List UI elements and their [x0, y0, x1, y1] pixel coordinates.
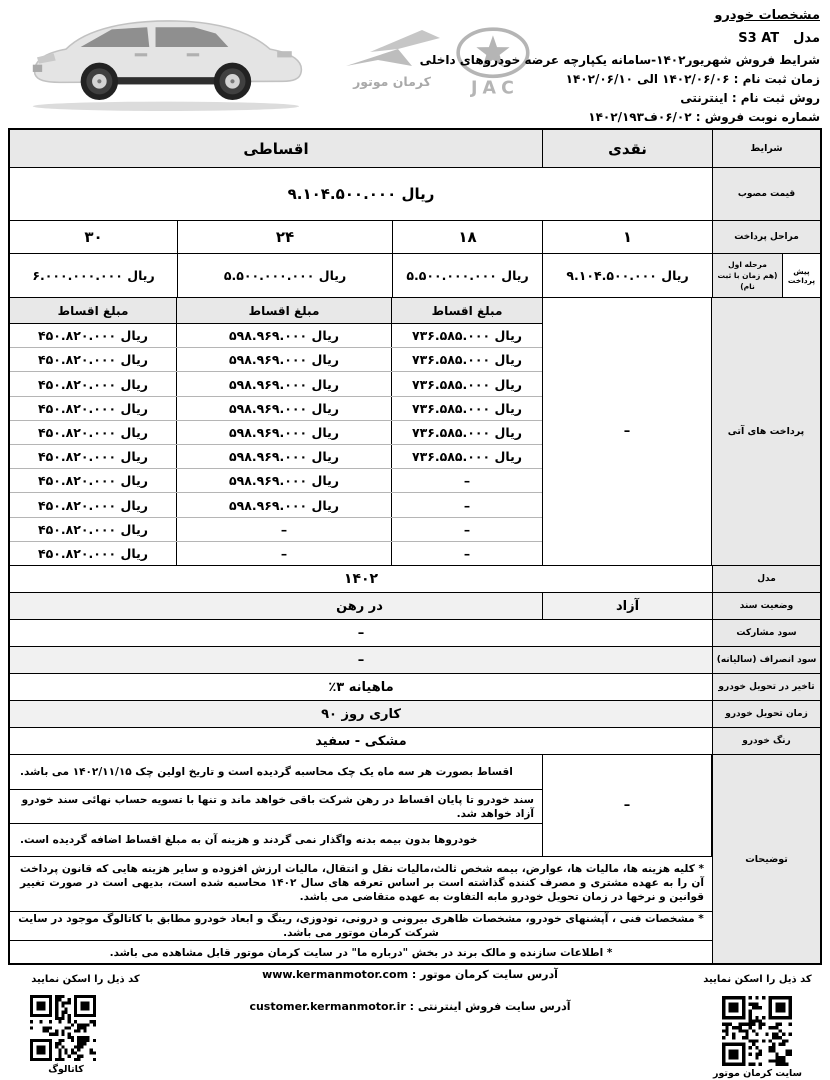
- delivery-delay-row: ٪۳ ماهیانه تاخیر در تحویل خودرو: [10, 673, 820, 700]
- down-payment-18: ۵.۵۰۰.۰۰۰.۰۰۰ ریال: [392, 254, 542, 297]
- stage-count-24: ۲۴: [177, 221, 392, 253]
- note-installment-checks: اقساط بصورت هر سه ماه یک چک محاسبه گردید…: [10, 755, 542, 789]
- document-status-empty: [10, 593, 177, 619]
- cancellation-profit-row: – سود انصراف (سالیانه): [10, 646, 820, 673]
- registration-method-line: روش ثبت نام : اینترنتی: [350, 89, 820, 108]
- future-payment-cell: ۴۵۰.۸۲۰.۰۰۰ ریال: [10, 397, 177, 420]
- note-document-mortgage: سند خودرو تا پایان اقساط در رهن شرکت باق…: [10, 789, 542, 823]
- future-payment-cell: –: [392, 518, 542, 541]
- future-payment-cell: ۴۵۰.۸۲۰.۰۰۰ ریال: [10, 445, 177, 468]
- future-payment-row: ۴۵۰.۸۲۰.۰۰۰ ریال۵۹۸.۹۶۹.۰۰۰ ریال۷۳۶.۵۸۵.…: [10, 396, 542, 420]
- delivery-delay-value: ٪۳ ماهیانه: [10, 674, 712, 700]
- online-sales-address-line: آدرس سایت فروش اینترنتی : customer.kerma…: [195, 1000, 625, 1013]
- future-payment-cell: ۴۵۰.۸۲۰.۰۰۰ ریال: [10, 372, 177, 395]
- installment-amount-header-30: مبلغ اقساط: [10, 298, 177, 323]
- future-payment-cell: –: [392, 469, 542, 492]
- participation-profit-row: – سود مشارکت: [10, 619, 820, 646]
- stage-count-18: ۱۸: [392, 221, 542, 253]
- stage-count-30: ۳۰: [10, 221, 177, 253]
- future-rows: ۴۵۰.۸۲۰.۰۰۰ ریال۵۹۸.۹۶۹.۰۰۰ ریال۷۳۶.۵۸۵.…: [10, 324, 542, 565]
- future-payment-row: ۴۵۰.۸۲۰.۰۰۰ ریال۵۹۸.۹۶۹.۰۰۰ ریال–: [10, 492, 542, 516]
- note-manufacturer-info: * اطلاعات سازنده و مالک برند در بخش "درب…: [10, 940, 712, 964]
- model-label: مدل: [793, 31, 820, 46]
- page-title: مشخصات خودرو: [350, 6, 820, 25]
- cancellation-profit-value: –: [10, 647, 712, 673]
- future-payment-row: ۴۵۰.۸۲۰.۰۰۰ ریال۵۹۸.۹۶۹.۰۰۰ ریال–: [10, 468, 542, 492]
- delivery-time-value: ۹۰ روز‎ کاری: [10, 701, 712, 727]
- future-payment-cell: ۵۹۸.۹۶۹.۰۰۰ ریال: [177, 372, 392, 395]
- installment-amount-header-18: مبلغ اقساط: [392, 298, 542, 323]
- down-payment-30: ۶.۰۰۰.۰۰۰.۰۰۰ ریال: [10, 254, 177, 297]
- participation-profit-value: –: [10, 620, 712, 646]
- future-payment-cell: ۴۵۰.۸۲۰.۰۰۰ ریال: [10, 493, 177, 516]
- down-payment-24: ۵.۵۰۰.۰۰۰.۰۰۰ ریال: [177, 254, 392, 297]
- future-payment-cell: ۵۹۸.۹۶۹.۰۰۰ ریال: [177, 445, 392, 468]
- future-payment-cell: ۷۳۶.۵۸۵.۰۰۰ ریال: [392, 372, 542, 395]
- price-sheet-page: { "brand": { "kerman_label": "کرمان موتو…: [0, 0, 830, 1080]
- future-payment-row: ۴۵۰.۸۲۰.۰۰۰ ریال––: [10, 541, 542, 565]
- down-payment-row: ۶.۰۰۰.۰۰۰.۰۰۰ ریال ۵.۵۰۰.۰۰۰.۰۰۰ ریال ۵.…: [10, 253, 820, 297]
- future-payment-cell: ۴۵۰.۸۲۰.۰۰۰ ریال: [10, 518, 177, 541]
- cancellation-profit-label: سود انصراف (سالیانه): [712, 647, 820, 673]
- future-payment-cell: –: [177, 542, 392, 565]
- future-payment-row: ۴۵۰.۸۲۰.۰۰۰ ریال۵۹۸.۹۶۹.۰۰۰ ریال۷۳۶.۵۸۵.…: [10, 444, 542, 468]
- installment-amount-header-row: مبلغ اقساط مبلغ اقساط مبلغ اقساط: [10, 298, 542, 324]
- future-payment-cell: ۵۹۸.۹۶۹.۰۰۰ ریال: [177, 493, 392, 516]
- delivery-time-label: زمان تحویل خودرو: [712, 701, 820, 727]
- model-value: S3 AT: [738, 29, 779, 48]
- car-taillight: [277, 51, 292, 57]
- cash-column-header: نقدی: [542, 130, 712, 167]
- document-header: مشخصات خودرو مدلS3 AT شرایط فروش شهریور۱…: [350, 6, 820, 127]
- price-table: اقساطی نقدی شرایط ۹.۱۰۴.۵۰۰.۰۰۰ ریال قیم…: [8, 128, 822, 965]
- down-payment-label: پیش پرداخت: [782, 254, 820, 297]
- note-body-insurance: خودروها بدون بیمه بدنه واگذار نمی گردند …: [10, 823, 542, 856]
- future-payment-cell: ۷۳۶.۵۸۵.۰۰۰ ریال: [392, 397, 542, 420]
- stage-count-cash: ۱: [542, 221, 712, 253]
- qr-left-caption: کاتالوگ: [18, 1064, 114, 1075]
- document-status-cash: آزاد: [542, 593, 712, 619]
- qr-right-caption: سایت کرمان موتور: [690, 1068, 825, 1079]
- notes-region: اقساط بصورت هر سه ماه یک چک محاسبه گردید…: [10, 754, 820, 963]
- qr-code-catalog: [30, 994, 96, 1062]
- future-payment-cell: ۴۵۰.۸۲۰.۰۰۰ ریال: [10, 542, 177, 565]
- future-payment-cell: ۴۵۰.۸۲۰.۰۰۰ ریال: [10, 348, 177, 371]
- model-year-label: مدل: [712, 566, 820, 592]
- note-taxes-fees: * کلیه هزینه ها، مالیات ها، عوارض، بیمه …: [10, 856, 712, 911]
- note-specs-catalog: * مشخصات فنی ، آپشنهای خودرو، مشخصات ظاه…: [10, 911, 712, 940]
- future-payment-row: ۴۵۰.۸۲۰.۰۰۰ ریال––: [10, 517, 542, 541]
- notes-label: توضیحات: [712, 755, 820, 963]
- participation-profit-label: سود مشارکت: [712, 620, 820, 646]
- delivery-time-row: ۹۰ روز‎ کاری زمان تحویل خودرو: [10, 700, 820, 727]
- sale-terms-line: شرایط فروش شهریور۱۴۰۲-سامانه یکپارچه عرض…: [350, 51, 820, 70]
- future-payment-cell: ۷۳۶.۵۸۵.۰۰۰ ریال: [392, 421, 542, 444]
- document-status-label: وضعیت سند: [712, 593, 820, 619]
- future-payment-row: ۴۵۰.۸۲۰.۰۰۰ ریال۵۹۸.۹۶۹.۰۰۰ ریال۷۳۶.۵۸۵.…: [10, 347, 542, 371]
- conditions-header: شرایط: [712, 130, 820, 167]
- model-year-row: ۱۴۰۲ مدل: [10, 565, 820, 592]
- future-payments-label: پرداخت های آتی: [712, 298, 820, 565]
- future-payment-cash-cell: –: [542, 298, 712, 565]
- sale-turn-number-line: شماره نوبت فروش : ۰۶/۰۲ف۱۴۰۲/۱۹۳: [350, 108, 820, 127]
- future-payment-cell: ۵۹۸.۹۶۹.۰۰۰ ریال: [177, 324, 392, 347]
- future-payment-cell: ۵۹۸.۹۶۹.۰۰۰ ریال: [177, 421, 392, 444]
- payment-stages-label: مراحل پرداخت: [712, 221, 820, 253]
- car-color-value: سفید‎ - مشکی: [10, 728, 712, 754]
- car-color-label: رنگ خودرو: [712, 728, 820, 754]
- future-payment-row: ۴۵۰.۸۲۰.۰۰۰ ریال۵۹۸.۹۶۹.۰۰۰ ریال۷۳۶.۵۸۵.…: [10, 324, 542, 347]
- approved-price-value: ۹.۱۰۴.۵۰۰.۰۰۰ ریال: [10, 168, 712, 220]
- table-header-row: اقساطی نقدی شرایط: [10, 130, 820, 167]
- approved-price-label: قیمت مصوب: [712, 168, 820, 220]
- car-color-row: سفید‎ - مشکی رنگ خودرو: [10, 727, 820, 754]
- future-payment-cell: ۷۳۶.۵۸۵.۰۰۰ ریال: [392, 324, 542, 347]
- notes-cash-cell: –: [542, 755, 712, 856]
- installment-column-header: اقساطی: [10, 130, 542, 167]
- future-payment-cell: ۵۹۸.۹۶۹.۰۰۰ ریال: [177, 469, 392, 492]
- delivery-delay-label: تاخیر در تحویل خودرو: [712, 674, 820, 700]
- document-status-row: در رهن آزاد وضعیت سند: [10, 592, 820, 619]
- first-stage-label: مرحله اول (هم زمان با ثبت نام): [712, 254, 782, 297]
- scan-label-left: کد ذیل را اسکن نمایید: [18, 974, 153, 985]
- payment-stages-row: ۳۰ ۲۴ ۱۸ ۱ مراحل پرداخت: [10, 220, 820, 253]
- document-status-installment: در رهن: [177, 593, 542, 619]
- future-payment-cell: ۷۳۶.۵۸۵.۰۰۰ ریال: [392, 445, 542, 468]
- installment-amount-header-24: مبلغ اقساط: [177, 298, 392, 323]
- website-address-line: آدرس سایت کرمان موتور : www.kermanmotor.…: [195, 968, 625, 981]
- future-payment-cell: ۷۳۶.۵۸۵.۰۰۰ ریال: [392, 348, 542, 371]
- model-line: مدلS3 AT: [350, 29, 820, 48]
- future-payment-cell: ۴۵۰.۸۲۰.۰۰۰ ریال: [10, 469, 177, 492]
- future-payment-cell: ۴۵۰.۸۲۰.۰۰۰ ریال: [10, 421, 177, 444]
- future-payments-region: مبلغ اقساط مبلغ اقساط مبلغ اقساط ۴۵۰.۸۲۰…: [10, 297, 820, 565]
- approved-price-row: ۹.۱۰۴.۵۰۰.۰۰۰ ریال قیمت مصوب: [10, 167, 820, 220]
- future-payment-cell: ۵۹۸.۹۶۹.۰۰۰ ریال: [177, 348, 392, 371]
- future-payment-row: ۴۵۰.۸۲۰.۰۰۰ ریال۵۹۸.۹۶۹.۰۰۰ ریال۷۳۶.۵۸۵.…: [10, 371, 542, 395]
- car-photo: [12, 4, 324, 116]
- future-payment-row: ۴۵۰.۸۲۰.۰۰۰ ریال۵۹۸.۹۶۹.۰۰۰ ریال۷۳۶.۵۸۵.…: [10, 420, 542, 444]
- registration-time-line: زمان ثبت نام : ۱۴۰۲/۰۶/۰۶ الی ۱۴۰۲/۰۶/۱۰: [350, 70, 820, 89]
- future-payment-cell: –: [392, 493, 542, 516]
- future-payment-cell: ۴۵۰.۸۲۰.۰۰۰ ریال: [10, 324, 177, 347]
- future-payment-cell: ۵۹۸.۹۶۹.۰۰۰ ریال: [177, 397, 392, 420]
- down-payment-cash: ۹.۱۰۴.۵۰۰.۰۰۰ ریال: [542, 254, 712, 297]
- scan-label-right: کد ذیل را اسکن نمایید: [690, 974, 825, 985]
- model-year-value: ۱۴۰۲: [10, 566, 712, 592]
- future-payment-cell: –: [177, 518, 392, 541]
- qr-code-website: [722, 996, 792, 1066]
- future-payment-cell: –: [392, 542, 542, 565]
